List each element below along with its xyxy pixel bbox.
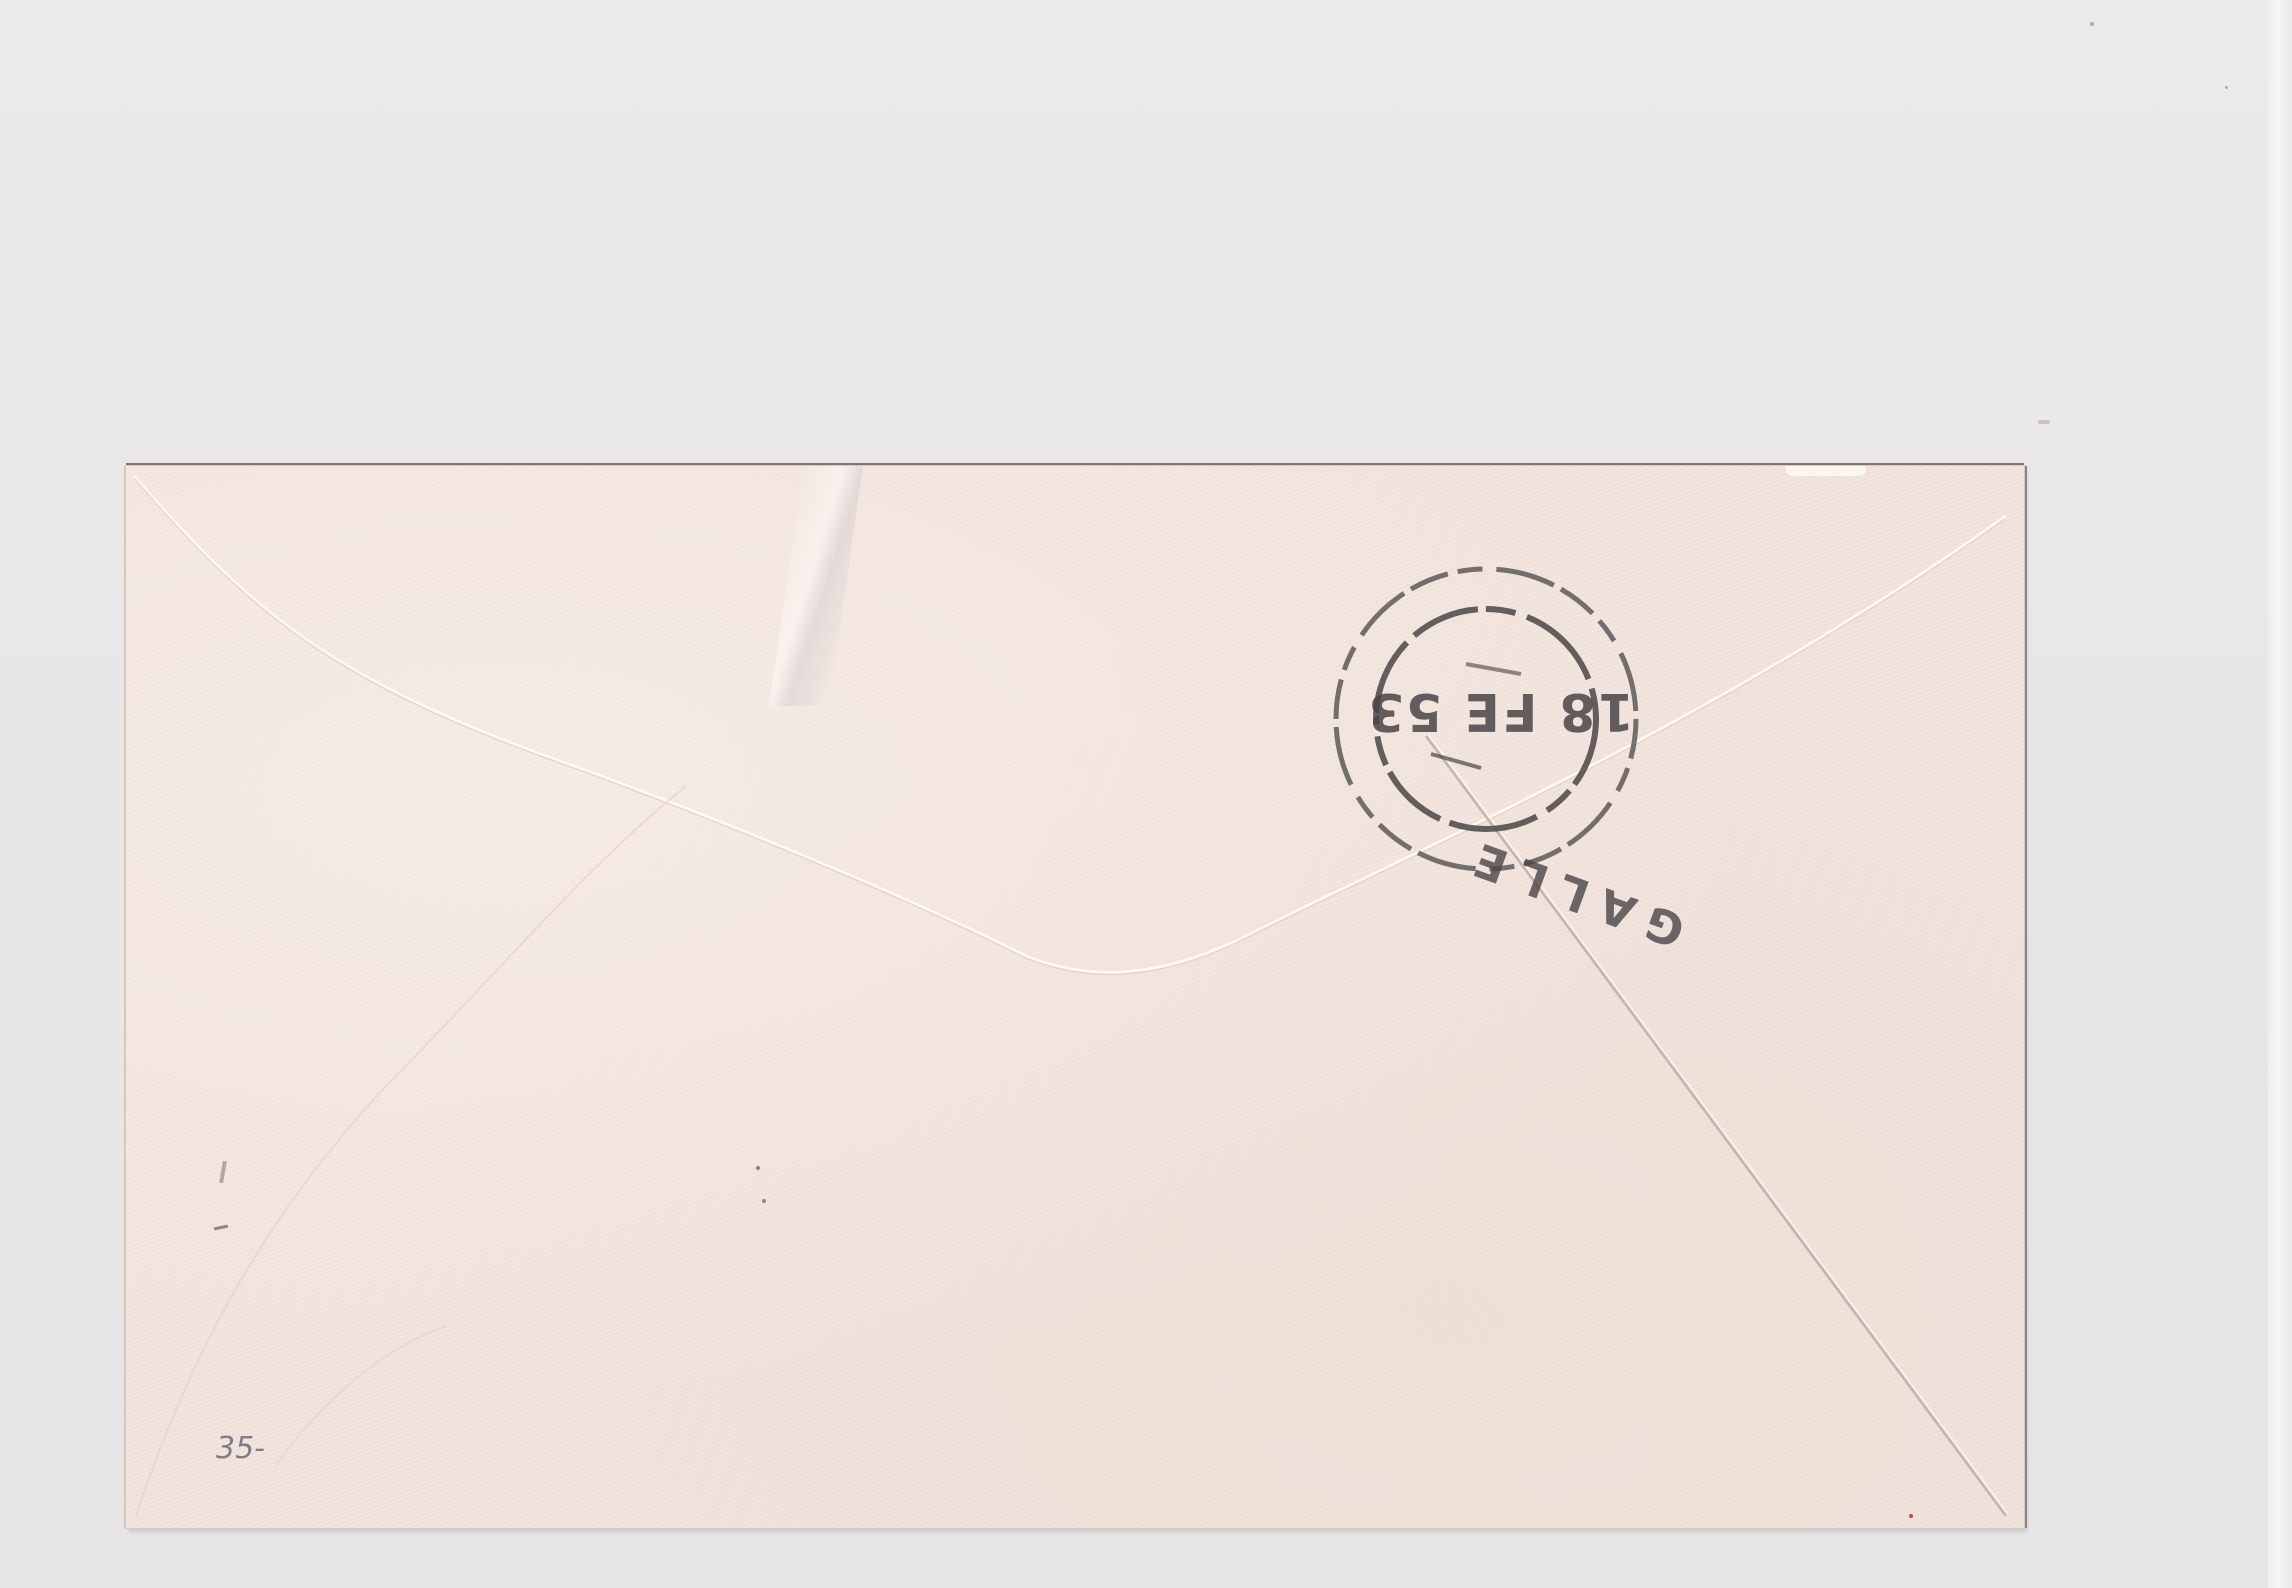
red-dot xyxy=(1909,1514,1913,1518)
pencil-price-note: 35- xyxy=(216,1431,265,1466)
envelope-back: 18 FE 53 GALLE 35- xyxy=(126,466,2024,1528)
ink-dot xyxy=(762,1199,766,1203)
dust-speck xyxy=(2038,420,2050,424)
envelope-flap-creases xyxy=(126,466,2024,1528)
dust-speck xyxy=(2225,86,2228,89)
dust-speck xyxy=(2090,22,2094,26)
ink-dot xyxy=(756,1166,760,1170)
postmark-date: 18 FE 53 xyxy=(1366,681,1634,741)
scanner-edge-strip xyxy=(2268,0,2292,1588)
top-edge-damage xyxy=(1786,466,1866,476)
